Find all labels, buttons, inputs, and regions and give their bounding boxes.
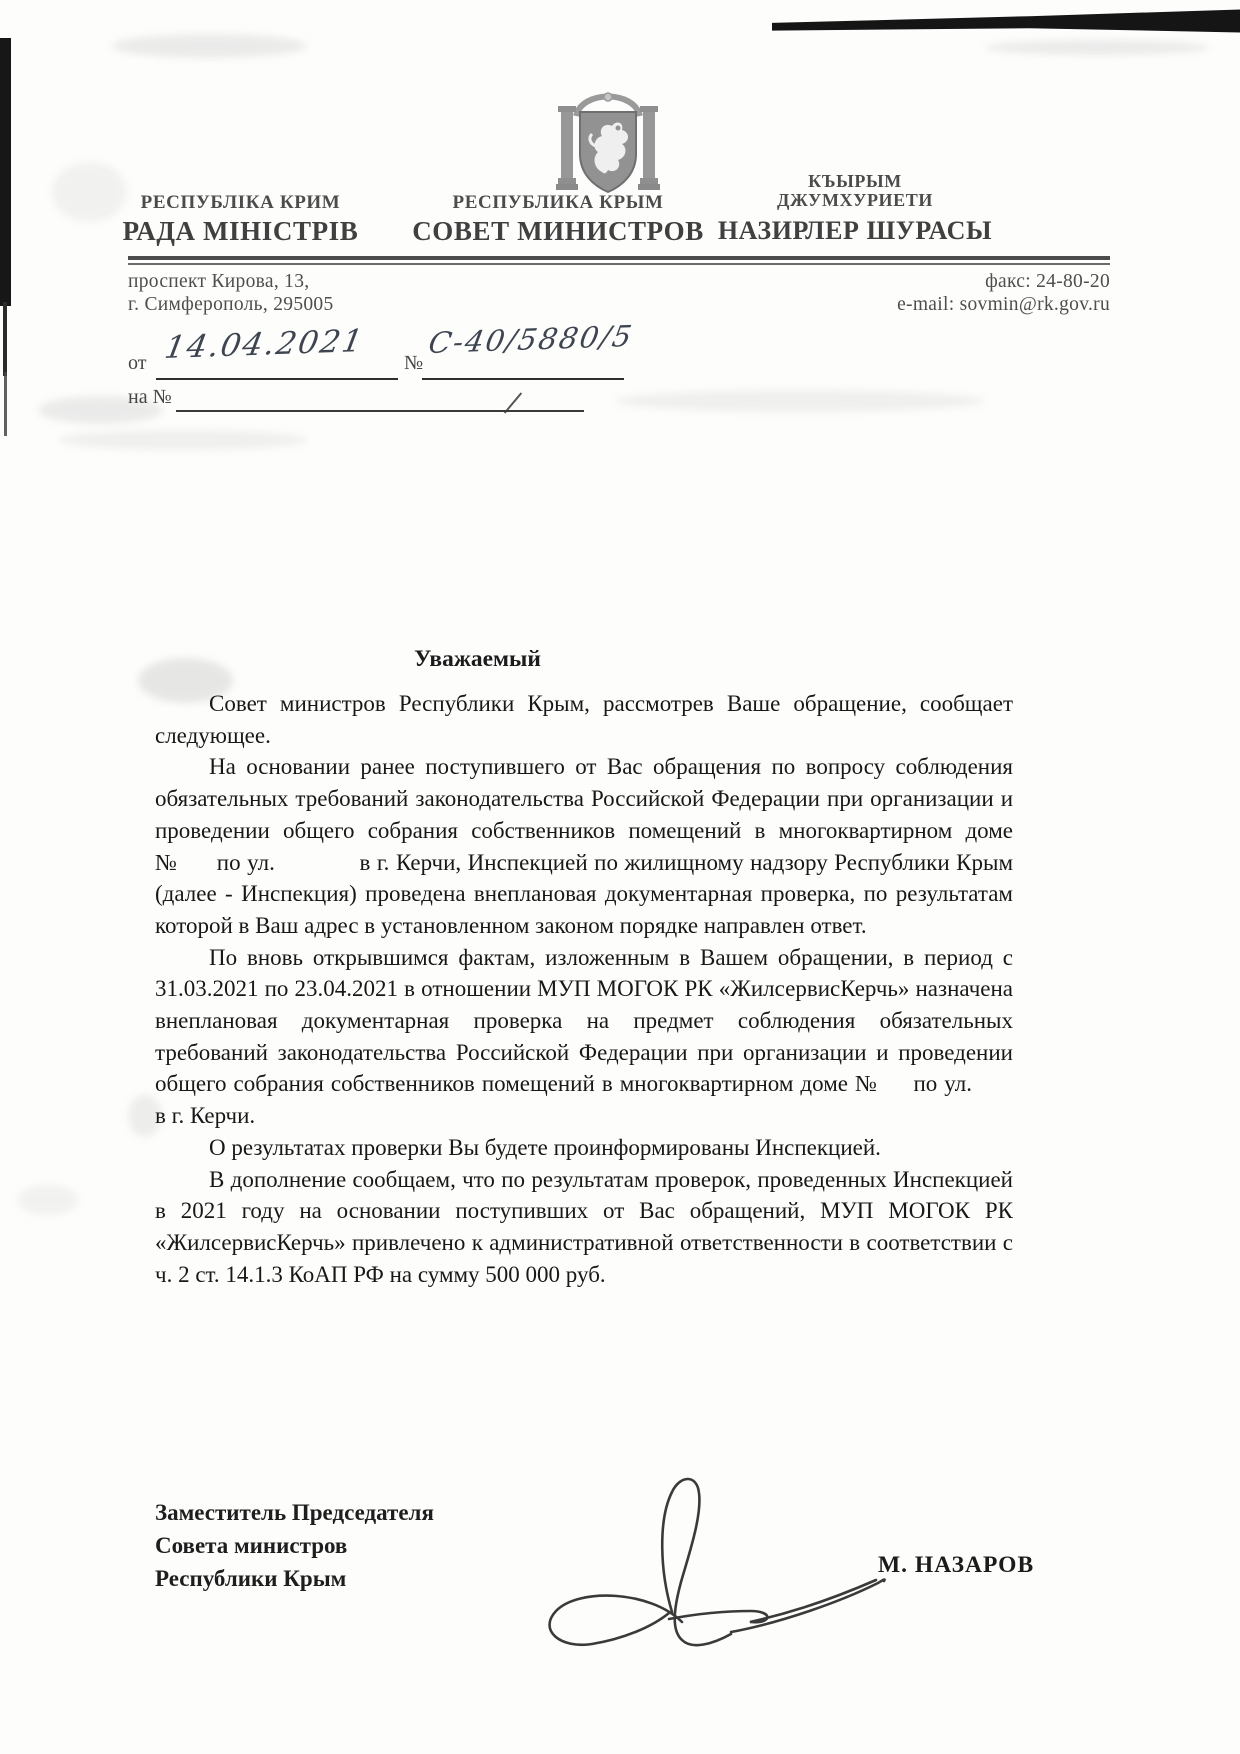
scan-smudge — [985, 40, 1210, 55]
address-line-1: проспект Кирова, 13, — [128, 270, 334, 293]
org-country-crh-1: КЪЫРЫМ — [712, 172, 998, 191]
org-country-ru: РЕСПУБЛИКА КРЫМ — [408, 192, 708, 213]
letterhead-org-crimean-tatar: КЪЫРЫМ ДЖУМХУРИЕТИ НАЗИРЛЕР ШУРАСЫ — [712, 172, 998, 246]
address-line-2: г. Симферополь, 295005 — [128, 293, 334, 316]
in-reply-label: на № — [128, 386, 172, 409]
org-name-ru: СОВЕТ МИНИСТРОВ — [408, 216, 708, 247]
org-country-uk: РЕСПУБЛІКА КРИМ — [118, 192, 363, 213]
handwritten-number: С-40/5880/5 — [426, 319, 636, 360]
letterhead-contacts: факс: 24-80-20 e-mail: sovmin@rk.gov.ru — [740, 270, 1110, 316]
scan-artifact-left-bar-tail — [3, 302, 7, 376]
handwritten-date: 14.04.2021 — [162, 323, 367, 366]
in-reply-underline — [176, 410, 584, 412]
from-label: от — [128, 352, 146, 375]
scan-smudge — [112, 34, 307, 58]
number-underline — [422, 378, 624, 380]
body-paragraph: По вновь открывшимся фактам, изложенным … — [155, 942, 1013, 1132]
scan-smudge — [18, 1185, 78, 1215]
number-label: № — [404, 352, 423, 375]
letterhead-org-russian: РЕСПУБЛИКА КРЫМ СОВЕТ МИНИСТРОВ — [408, 192, 708, 247]
body-paragraph: Совет министров Республики Крым, рассмот… — [155, 688, 1013, 751]
scanned-letter-page: РЕСПУБЛІКА КРИМ РАДА МІНІСТРІВ РЕСПУБЛИК… — [0, 0, 1240, 1754]
scan-artifact-left-bar-tail2 — [4, 372, 7, 436]
fax-line: факс: 24-80-20 — [740, 270, 1110, 293]
org-name-crh: НАЗИРЛЕР ШУРАСЫ — [712, 216, 998, 246]
letterhead-divider — [128, 256, 1110, 265]
signature-scribble — [420, 1462, 890, 1657]
signer-title-line: Республики Крым — [155, 1562, 434, 1595]
org-country-crh-2: ДЖУМХУРИЕТИ — [712, 191, 998, 210]
coat-of-arms-icon — [556, 88, 660, 202]
email-line: e-mail: sovmin@rk.gov.ru — [740, 293, 1110, 316]
letter-body: Совет министров Республики Крым, рассмот… — [155, 688, 1013, 1290]
body-paragraph: В дополнение сообщаем, что по результата… — [155, 1164, 1013, 1291]
scan-artifact-left-bar — [0, 38, 11, 306]
scan-smudge — [615, 390, 985, 412]
scan-artifact-top-edge — [772, 9, 1240, 33]
scan-smudge — [52, 162, 127, 222]
scan-smudge — [58, 430, 308, 450]
letterhead-address: проспект Кирова, 13, г. Симферополь, 295… — [128, 270, 334, 316]
date-underline — [156, 378, 398, 380]
salutation: Уважаемый — [155, 646, 800, 673]
org-name-uk: РАДА МІНІСТРІВ — [118, 216, 363, 247]
signer-title-line: Заместитель Председателя — [155, 1496, 434, 1529]
body-paragraph: О результатах проверки Вы будете проинфо… — [155, 1132, 1013, 1164]
signer-title-line: Совета министров — [155, 1529, 434, 1562]
letterhead-org-ukrainian: РЕСПУБЛІКА КРИМ РАДА МІНІСТРІВ — [118, 192, 363, 247]
in-reply-row: на № — [128, 384, 648, 418]
signer-name: М. НАЗАРОВ — [878, 1552, 1034, 1579]
signer-title: Заместитель Председателя Совета министро… — [155, 1496, 434, 1595]
body-paragraph: На основании ранее поступившего от Вас о… — [155, 751, 1013, 941]
